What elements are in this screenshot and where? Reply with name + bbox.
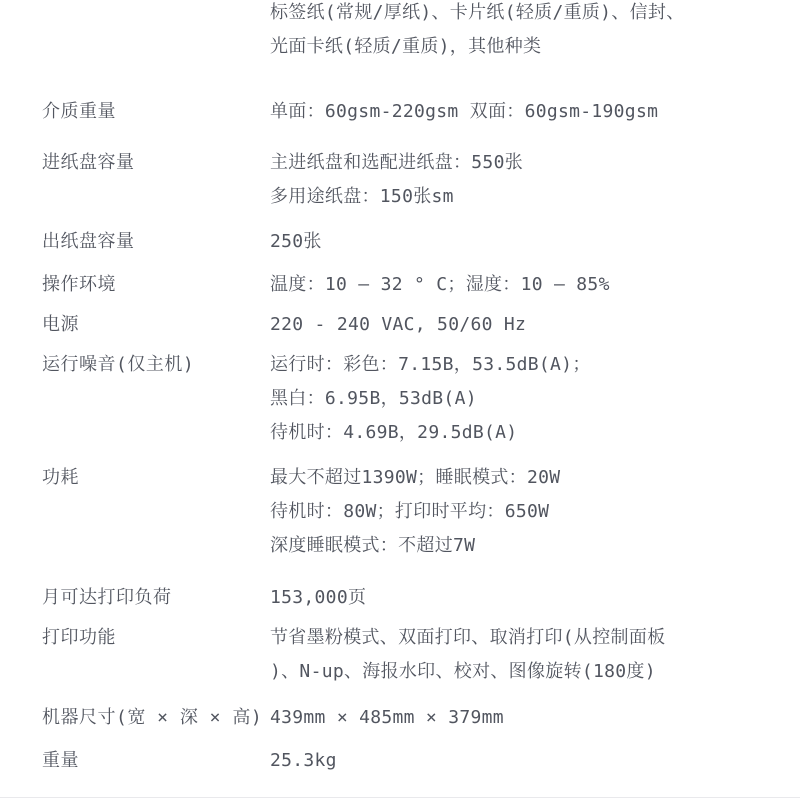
spec-row-media-weight: 介质重量 单面：60gsm-220gsm 双面：60gsm-190gsm [0,95,800,129]
spec-value-line: 标签纸(常规/厚纸)、卡片纸(轻质/重质)、信封、 [270,0,800,30]
spec-row-machine-dimensions: 机器尺寸(宽 × 深 × 高) 439mm × 485mm × 379mm [0,701,800,735]
spec-value-line: 153,000页 [270,581,800,615]
spec-value: 单面：60gsm-220gsm 双面：60gsm-190gsm [270,95,800,129]
spec-row-operating-environment: 操作环境 温度：10 – 32 ° C；湿度：10 – 85% [0,268,800,302]
spec-value: 153,000页 [270,581,800,615]
spec-value-line: 深度睡眠模式：不超过7W [270,529,800,563]
spec-value-line: 节省墨粉模式、双面打印、取消打印(从控制面板 [270,621,800,655]
spec-value-line: 待机时：80W；打印时平均：650W [270,495,800,529]
spec-row-print-features: 打印功能 节省墨粉模式、双面打印、取消打印(从控制面板 )、N-up、海报水印、… [0,621,800,689]
spec-label: 月可达打印负荷 [0,581,270,615]
spec-value: 温度：10 – 32 ° C；湿度：10 – 85% [270,268,800,302]
spec-value-line: 主进纸盘和选配进纸盘：550张 [270,146,800,180]
spec-value: 220 - 240 VAC, 50/60 Hz [270,308,800,342]
spec-value-line: 单面：60gsm-220gsm 双面：60gsm-190gsm [270,95,800,129]
spec-value: 标签纸(常规/厚纸)、卡片纸(轻质/重质)、信封、 光面卡纸(轻质/重质)，其他… [270,0,800,64]
spec-value-line: 220 - 240 VAC, 50/60 Hz [270,308,800,342]
spec-value-line: 温度：10 – 32 ° C；湿度：10 – 85% [270,268,800,302]
spec-value-line: 最大不超过1390W；睡眠模式：20W [270,461,800,495]
spec-label: 介质重量 [0,95,270,129]
spec-value: 运行时：彩色：7.15B，53.5dB(A)； 黑白：6.95B，53dB(A)… [270,348,800,450]
spec-label: 出纸盘容量 [0,225,270,259]
spec-label: 功耗 [0,461,270,495]
spec-row-power-consumption: 功耗 最大不超过1390W；睡眠模式：20W 待机时：80W；打印时平均：650… [0,461,800,563]
bottom-divider [0,797,800,798]
spec-value-line: 439mm × 485mm × 379mm [270,701,800,735]
spec-label: 操作环境 [0,268,270,302]
spec-row-operating-noise: 运行噪音(仅主机) 运行时：彩色：7.15B，53.5dB(A)； 黑白：6.9… [0,348,800,450]
spec-label: 电源 [0,308,270,342]
spec-value-line: 黑白：6.95B，53dB(A) [270,382,800,416]
spec-label: 运行噪音(仅主机) [0,348,270,382]
spec-value-line: 待机时：4.69B，29.5dB(A) [270,416,800,450]
spec-row-power-supply: 电源 220 - 240 VAC, 50/60 Hz [0,308,800,342]
spec-value-line: 运行时：彩色：7.15B，53.5dB(A)； [270,348,800,382]
spec-value: 最大不超过1390W；睡眠模式：20W 待机时：80W；打印时平均：650W 深… [270,461,800,563]
spec-row-output-tray-capacity: 出纸盘容量 250张 [0,225,800,259]
spec-label: 机器尺寸(宽 × 深 × 高) [0,701,270,735]
spec-value: 主进纸盘和选配进纸盘：550张 多用途纸盘：150张sm [270,146,800,214]
spec-label: 打印功能 [0,621,270,655]
spec-row-media-types-overflow: 标签纸(常规/厚纸)、卡片纸(轻质/重质)、信封、 光面卡纸(轻质/重质)，其他… [0,0,800,64]
spec-row-input-tray-capacity: 进纸盘容量 主进纸盘和选配进纸盘：550张 多用途纸盘：150张sm [0,146,800,214]
spec-row-weight: 重量 25.3kg [0,744,800,778]
spec-value: 25.3kg [270,744,800,778]
spec-row-monthly-duty-cycle: 月可达打印负荷 153,000页 [0,581,800,615]
spec-value: 439mm × 485mm × 379mm [270,701,800,735]
spec-value-line: 250张 [270,225,800,259]
spec-value-line: 25.3kg [270,744,800,778]
spec-label: 进纸盘容量 [0,146,270,180]
spec-value-line: )、N-up、海报水印、校对、图像旋转(180度) [270,655,800,689]
spec-value: 250张 [270,225,800,259]
spec-value-line: 光面卡纸(轻质/重质)，其他种类 [270,30,800,64]
spec-value: 节省墨粉模式、双面打印、取消打印(从控制面板 )、N-up、海报水印、校对、图像… [270,621,800,689]
printer-spec-table: 标签纸(常规/厚纸)、卡片纸(轻质/重质)、信封、 光面卡纸(轻质/重质)，其他… [0,0,800,800]
spec-label: 重量 [0,744,270,778]
spec-value-line: 多用途纸盘：150张sm [270,180,800,214]
